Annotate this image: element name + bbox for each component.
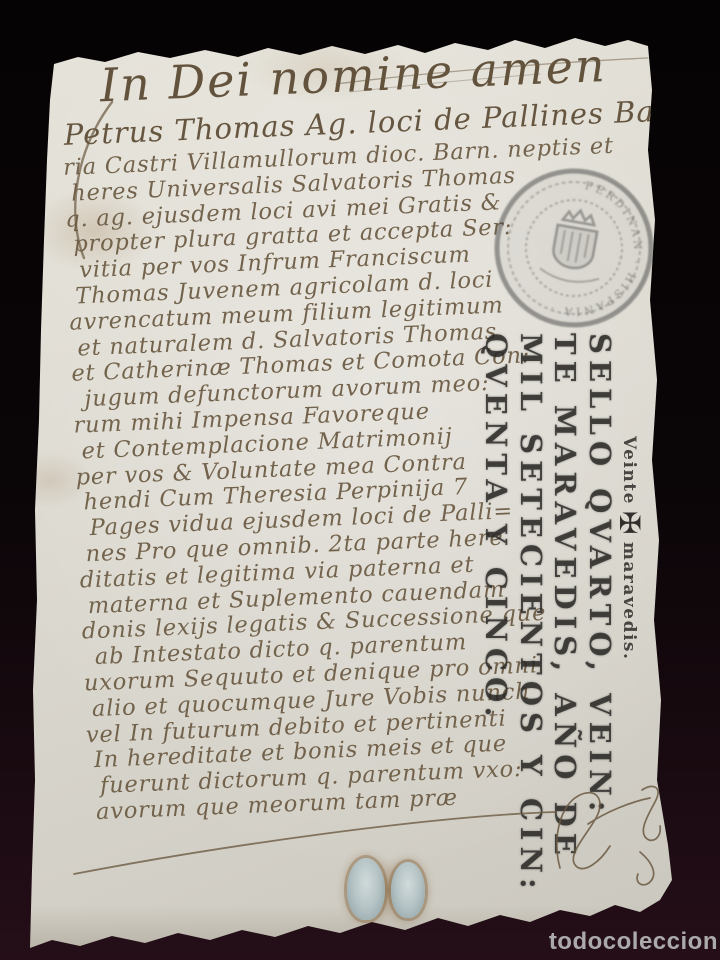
photo: Pere Thomas pages de Pallines In Dei nom…: [0, 0, 720, 960]
maravedis-note-bottom: maravedis.: [619, 542, 639, 661]
wax-stain: [347, 858, 385, 920]
maravedis-note: Veinte✠maravedis.: [613, 436, 646, 736]
tax-stamp-line: MIL SETECIENTOS Y CIN:: [514, 333, 549, 933]
maltese-cross-icon: ✠: [613, 511, 646, 536]
tax-stamp-line: QVENTA Y CINCO.: [479, 333, 514, 933]
wax-stain: [391, 862, 425, 918]
document-paper: Pere Thomas pages de Pallines In Dei nom…: [0, 0, 720, 960]
tax-stamp-line: TE MARAVEDIS, AÑO DE: [548, 333, 583, 933]
ink-seal: FERDINAN · HISPANIA ·: [479, 153, 669, 343]
tax-stamp-text: SELLO QVARTO, VEIN: TE MARAVEDIS, AÑO DE…: [479, 333, 617, 933]
tax-stamp-line: SELLO QVARTO, VEIN:: [583, 333, 618, 933]
maravedis-note-top: Veinte: [619, 436, 639, 505]
paper-stain: [333, 843, 445, 938]
todocoleccion-watermark: todocoleccion: [549, 928, 718, 956]
